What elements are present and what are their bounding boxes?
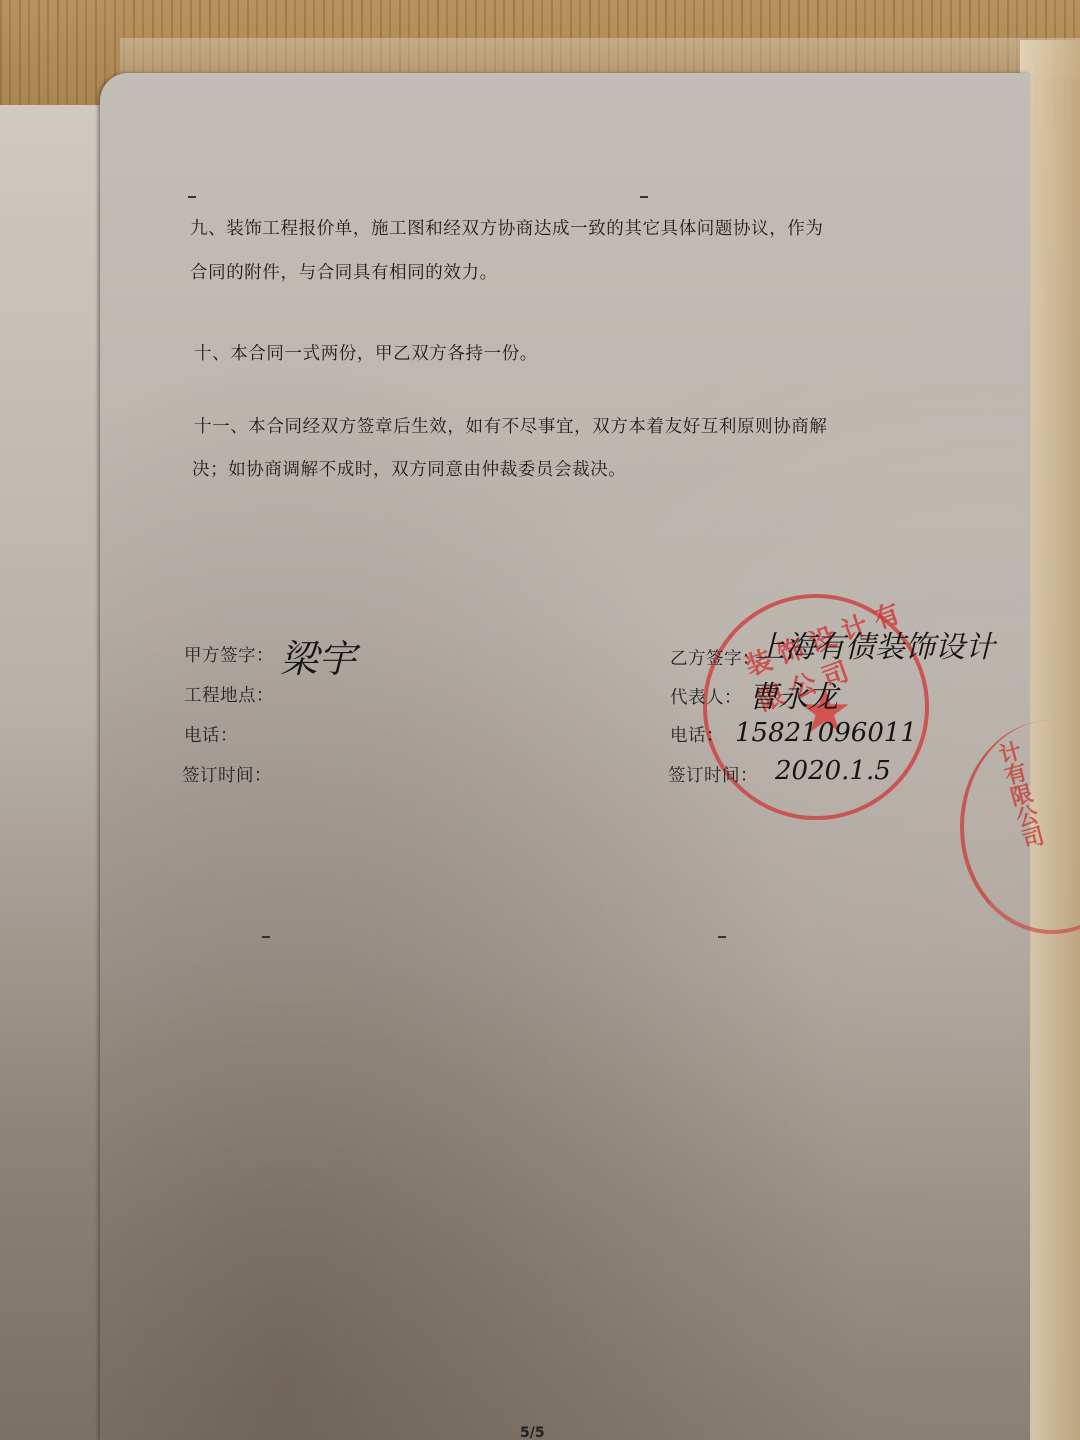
- clause-line: 十一、本合同经双方签章后生效，如有不尽事宜，双方本着友好互利原则协商解: [194, 413, 828, 438]
- party-b-signature-label: 乙方签字：: [670, 645, 760, 670]
- party-b-signature: 上海有债装饰设计: [755, 622, 995, 666]
- party-a-phone-label: 电话：: [184, 722, 238, 747]
- underlying-page: [0, 105, 110, 1440]
- party-b-representative: 曹永龙: [748, 672, 838, 716]
- party-a-signature: 梁宇: [280, 628, 356, 683]
- registration-mark: [262, 936, 270, 938]
- party-b-representative-label: 代表人：: [670, 684, 742, 709]
- clause-line: 合同的附件，与合同具有相同的效力。: [190, 259, 498, 284]
- party-a-site-label: 工程地点：: [184, 682, 274, 707]
- party-b-phone: 15821096011: [735, 718, 917, 748]
- plastic-sleeve-top: [120, 38, 1080, 78]
- party-b-phone-label: 电话：: [670, 722, 724, 747]
- registration-mark: [188, 196, 196, 198]
- party-a-date-label: 签订时间：: [182, 762, 272, 787]
- partial-seal-text: 计有限公司: [990, 738, 1048, 852]
- page-number: 5/5: [520, 1425, 545, 1440]
- registration-mark: [640, 196, 648, 198]
- registration-mark: [718, 936, 726, 938]
- clause-line: 十、本合同一式两份，甲乙双方各持一份。: [194, 340, 538, 365]
- clause-line: 决；如协商调解不成时，双方同意由仲裁委员会裁决。: [192, 456, 626, 481]
- party-b-date-label: 签订时间：: [668, 762, 758, 787]
- clause-line: 九、装饰工程报价单，施工图和经双方协商达成一致的其它具体问题协议，作为: [190, 215, 824, 240]
- party-a-signature-label: 甲方签字：: [184, 642, 274, 667]
- party-b-date: 2020.1.5: [775, 756, 891, 786]
